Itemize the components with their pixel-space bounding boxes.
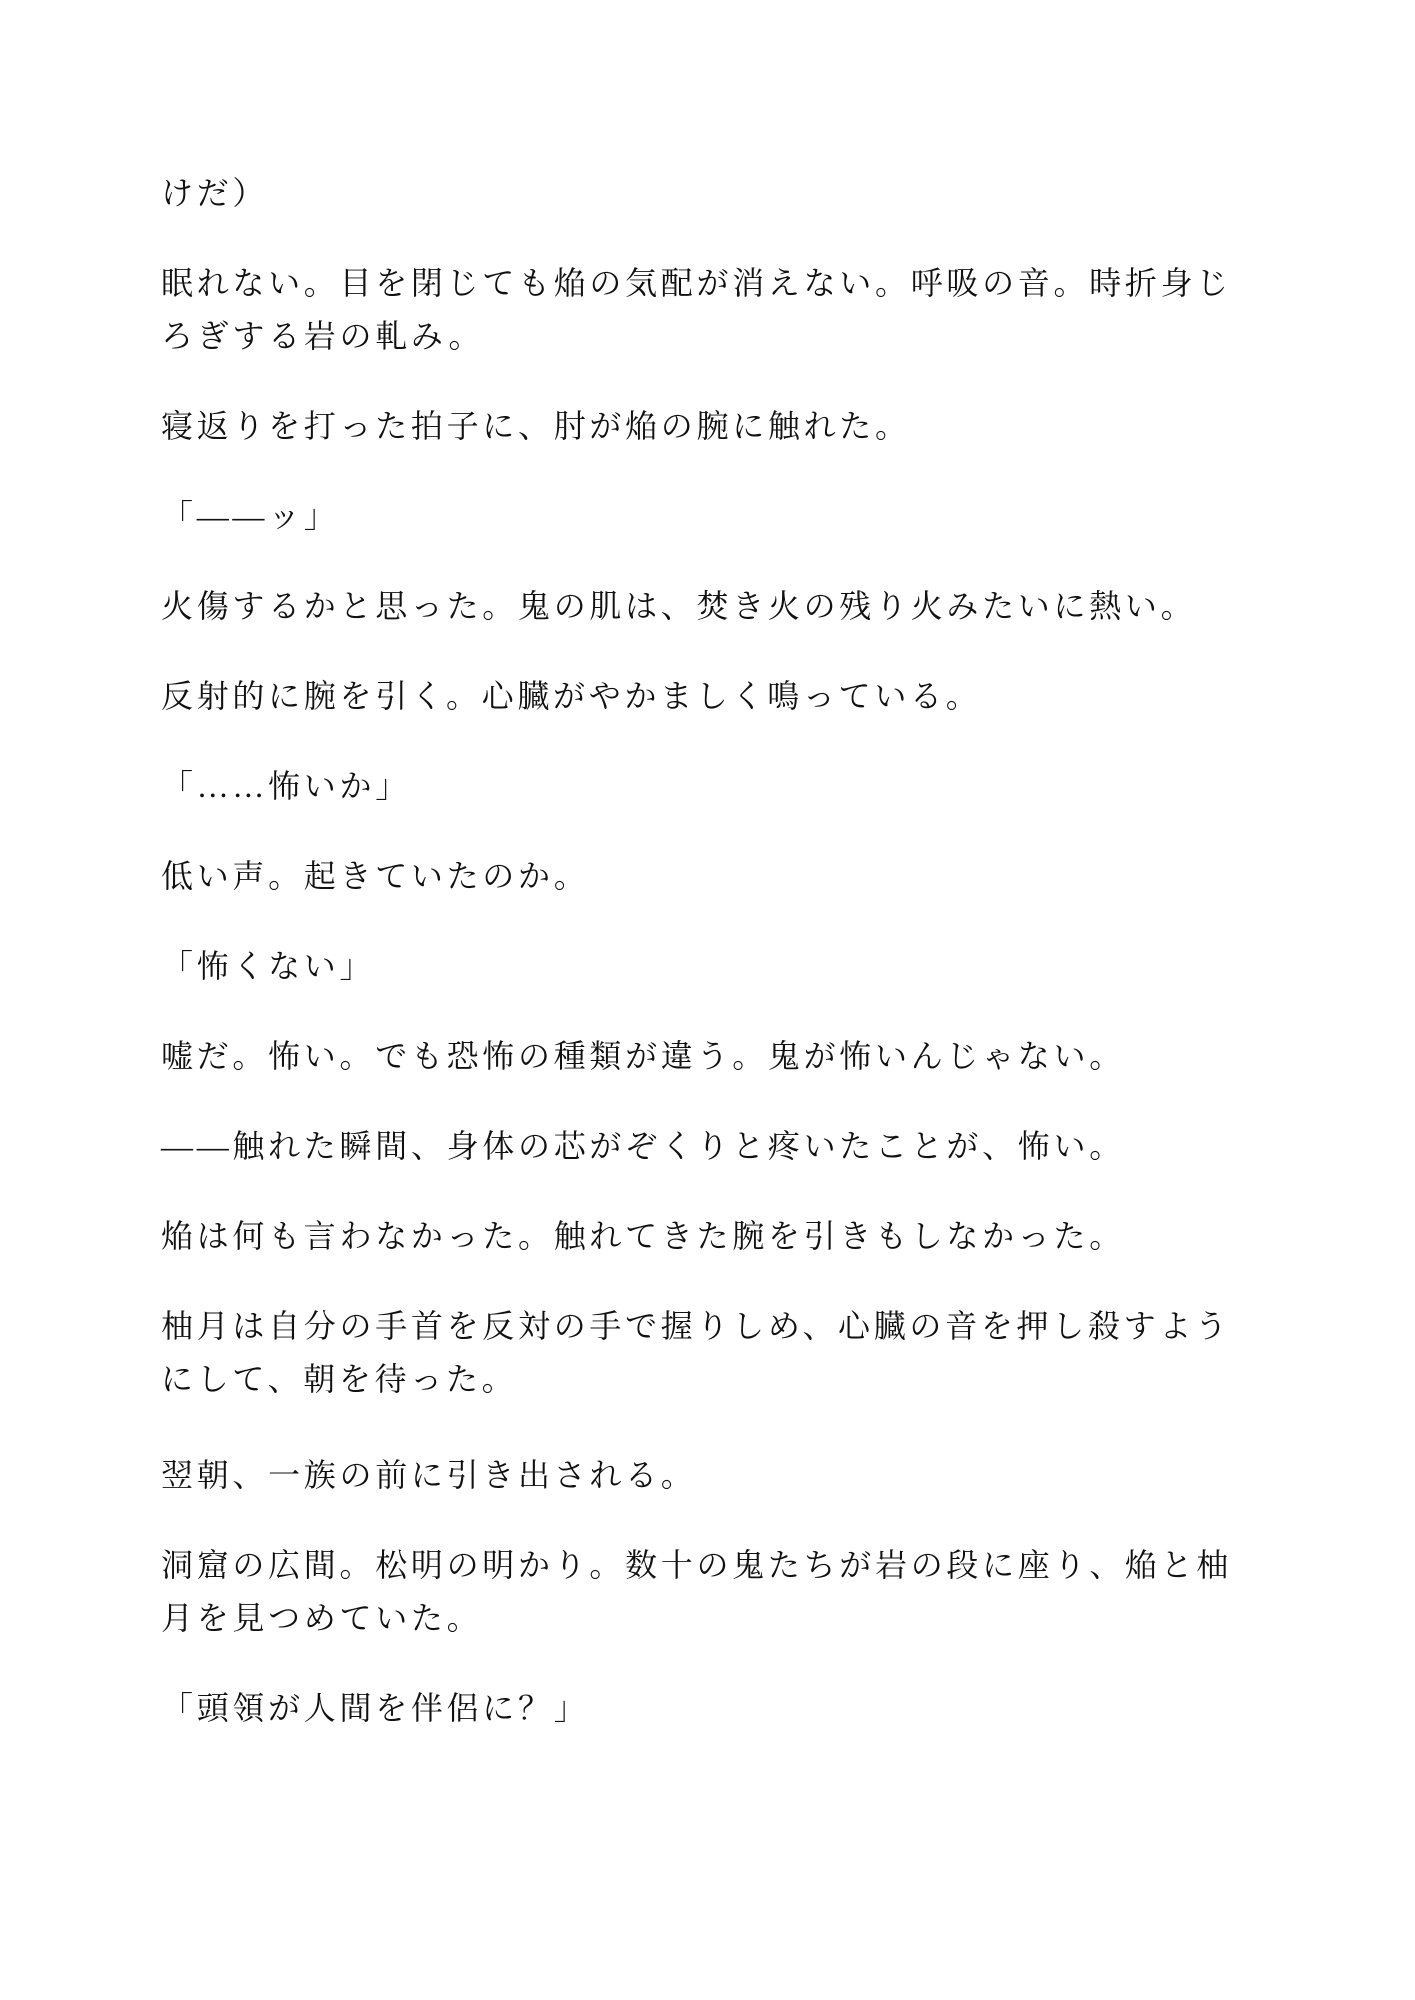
novel-paragraph: 柚月は自分の手首を反対の手で握りしめ、心臓の音を押し殺すようにして、朝を待った。 <box>161 1300 1241 1406</box>
novel-paragraph: 翌朝、一族の前に引き出される。 <box>161 1449 1241 1502</box>
novel-paragraph: 焔は何も言わなかった。触れてきた腕を引きもしなかった。 <box>161 1210 1241 1263</box>
novel-paragraph: 嘘だ。怖い。でも恐怖の種類が違う。鬼が怖いんじゃない。 <box>161 1030 1241 1083</box>
novel-text-block: けだ） 眠れない。目を閉じても焔の気配が消えない。呼吸の音。時折身じろぎする岩の… <box>161 167 1241 1735</box>
novel-paragraph-dialogue: 「——ッ」 <box>161 490 1241 543</box>
novel-paragraph-dialogue: 「怖くない」 <box>161 940 1241 993</box>
document-page: けだ） 眠れない。目を閉じても焔の気配が消えない。呼吸の音。時折身じろぎする岩の… <box>0 0 1415 2000</box>
novel-paragraph: けだ） <box>161 167 1241 220</box>
novel-paragraph: 洞窟の広間。松明の明かり。数十の鬼たちが岩の段に座り、焔と柚月を見つめていた。 <box>161 1539 1241 1645</box>
novel-paragraph: 眠れない。目を閉じても焔の気配が消えない。呼吸の音。時折身じろぎする岩の軋み。 <box>161 257 1241 363</box>
novel-paragraph: 反射的に腕を引く。心臓がやかましく鳴っている。 <box>161 670 1241 723</box>
novel-paragraph-dialogue: 「頭領が人間を伴侶に？」 <box>161 1682 1241 1735</box>
novel-paragraph: 寝返りを打った拍子に、肘が焔の腕に触れた。 <box>161 400 1241 453</box>
novel-paragraph-dialogue: 「……怖いか」 <box>161 760 1241 813</box>
novel-paragraph: 低い声。起きていたのか。 <box>161 850 1241 903</box>
novel-paragraph: ——触れた瞬間、身体の芯がぞくりと疼いたことが、怖い。 <box>161 1120 1241 1173</box>
novel-paragraph: 火傷するかと思った。鬼の肌は、焚き火の残り火みたいに熱い。 <box>161 580 1241 633</box>
